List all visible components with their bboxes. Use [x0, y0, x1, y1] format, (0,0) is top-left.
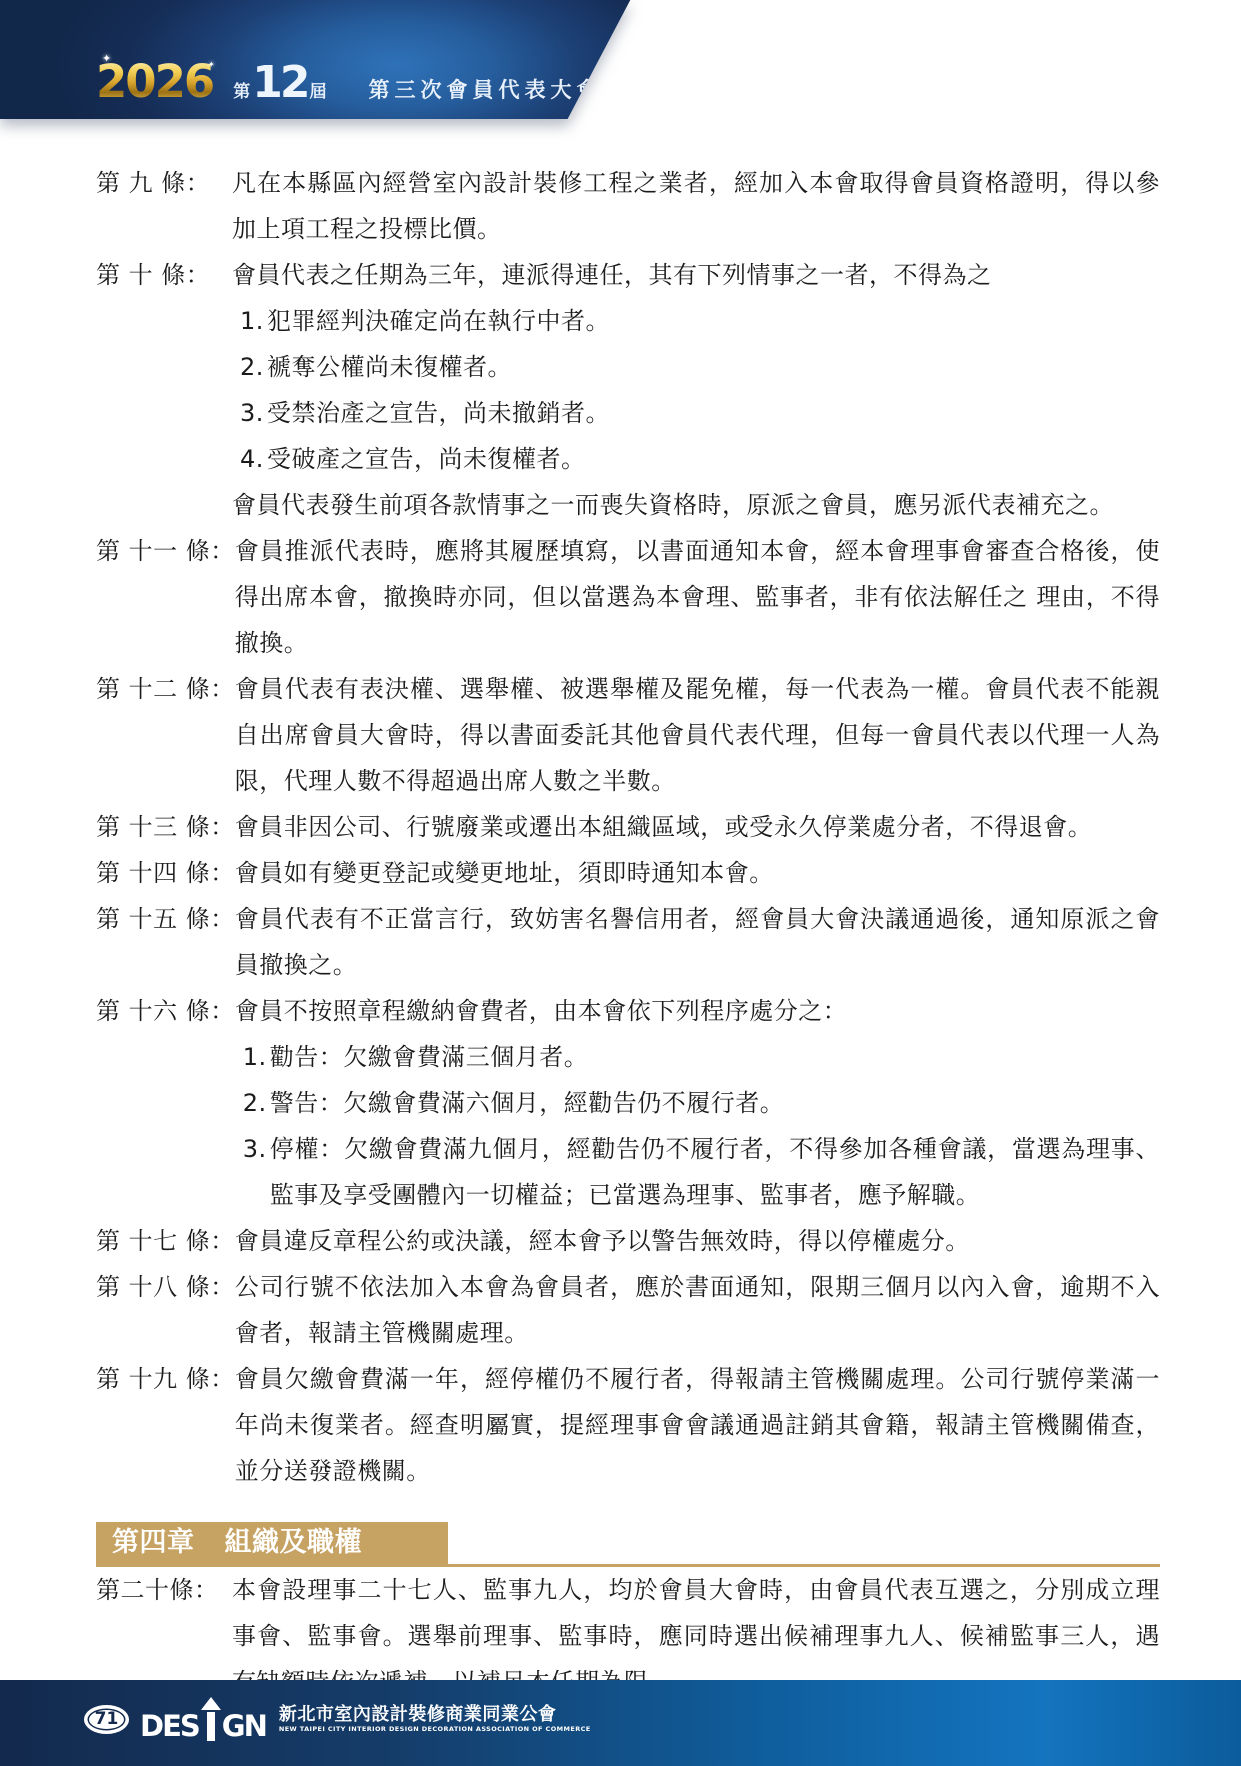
edition-suffix: 屆 [309, 84, 326, 101]
footer-bar: 71 DES GN 新北市室內設計裝修商業同業公會 NEW TAIPEI CIT… [0, 1680, 1241, 1766]
page-number-badge: 71 [84, 1705, 129, 1734]
article-label: 第 十一 條： [96, 528, 235, 666]
article-row: 第 十七 條： 會員違反章程公約或決議，經本會予以警告無效時，得以停權處分。 [96, 1218, 1160, 1264]
article-text: 會員推派代表時，應將其履歷填寫，以書面通知本會，經本會理事會審查合格後，使得出席… [235, 528, 1160, 666]
article-row: 第 十八 條： 公司行號不依法加入本會為會員者，應於書面通知，限期三個月以內入會… [96, 1264, 1160, 1356]
article-text: 會員非因公司、行號廢業或遷出本組織區域，或受永久停業處分者，不得退會。 [235, 804, 1160, 850]
list-item: 1. 犯罪經判決確定尚在執行中者。 [240, 298, 1160, 344]
article-row: 第 十 條： 會員代表之任期為三年，連派得連任，其有下列情事之一者，不得為之 1… [96, 252, 1160, 528]
article-label: 第 十 條： [96, 252, 232, 528]
article-text: 凡在本縣區內經營室內設計裝修工程之業者，經加入本會取得會員資格證明，得以參加上項… [232, 160, 1160, 252]
article-text: 會員不按照章程繳納會費者，由本會依下列程序處分之： [235, 988, 1160, 1034]
header-banner: 2026 ✦ ✦ 第 12 屆 第三次會員代表大會 [0, 0, 660, 121]
chapter-title-box: 第四章 組織及職權 [96, 1522, 448, 1564]
article-row: 第 十五 條： 會員代表有不正當言行，致妨害名譽信用者，經會員大會決議通過後，通… [96, 896, 1160, 988]
list-item: 3. 受禁治產之宣告，尚未撤銷者。 [240, 390, 1160, 436]
footer-content: 71 DES GN 新北市室內設計裝修商業同業公會 NEW TAIPEI CIT… [84, 1697, 591, 1741]
article-text: 會員代表之任期為三年，連派得連任，其有下列情事之一者，不得為之 [232, 252, 1160, 298]
article-row: 第 十四 條： 會員如有變更登記或變更地址，須即時通知本會。 [96, 850, 1160, 896]
logo-text-left: DES [140, 1712, 199, 1741]
org-name-en: NEW TAIPEI CITY INTERIOR DESIGN DECORATI… [279, 1725, 591, 1734]
article-row: 第 十二 條： 會員代表有表決權、選舉權、被選舉權及罷免權，每一代表為一權。會員… [96, 666, 1160, 804]
up-arrow-icon [201, 1697, 221, 1741]
document-body: 第 九 條： 凡在本縣區內經營室內設計裝修工程之業者，經加入本會取得會員資格證明… [96, 160, 1160, 1705]
article-label: 第 十四 條： [96, 850, 235, 896]
article-label: 第 十二 條： [96, 666, 235, 804]
edition-prefix: 第 [233, 84, 250, 101]
header-banner-content: 2026 ✦ ✦ 第 12 屆 第三次會員代表大會 [96, 59, 602, 105]
chapter-title: 組織及職權 [225, 1529, 363, 1556]
article-text: 會員如有變更登記或變更地址，須即時通知本會。 [235, 850, 1160, 896]
article-text: 會員代表有不正當言行，致妨害名譽信用者，經會員大會決議通過後，通知原派之會員撤換… [235, 896, 1160, 988]
list-item: 3. 停權：欠繳會費滿九個月，經勸告仍不履行者，不得參加各種會議，當選為理事、監… [243, 1126, 1160, 1218]
article-label: 第 十三 條： [96, 804, 235, 850]
chapter-heading: 第四章 組織及職權 [96, 1522, 1160, 1567]
list-item: 4. 受破產之宣告，尚未復權者。 [240, 436, 1160, 482]
list-item: 1. 勸告：欠繳會費滿三個月者。 [243, 1034, 1160, 1080]
article-text: 公司行號不依法加入本會為會員者，應於書面通知，限期三個月以內入會，逾期不入會者，… [235, 1264, 1160, 1356]
org-name-zh: 新北市室內設計裝修商業同業公會 [279, 1705, 591, 1725]
article-row: 第 十三 條： 會員非因公司、行號廢業或遷出本組織區域，或受永久停業處分者，不得… [96, 804, 1160, 850]
article-label: 第 十六 條： [96, 988, 235, 1218]
header-banner-shape: 2026 ✦ ✦ 第 12 屆 第三次會員代表大會 [0, 0, 660, 119]
article-text: 會員欠繳會費滿一年，經停權仍不履行者，得報請主管機關處理。公司行號停業滿一年尚未… [235, 1356, 1160, 1494]
article-row: 第 十九 條： 會員欠繳會費滿一年，經停權仍不履行者，得報請主管機關處理。公司行… [96, 1356, 1160, 1494]
article-row: 第 十六 條： 會員不按照章程繳納會費者，由本會依下列程序處分之： 1. 勸告：… [96, 988, 1160, 1218]
page-number: 71 [95, 1709, 119, 1729]
edition-number: 12 [252, 61, 307, 105]
meeting-title: 第三次會員代表大會 [368, 80, 602, 101]
association-logo: DES GN [140, 1697, 266, 1741]
article-label: 第 十九 條： [96, 1356, 235, 1494]
list-item: 2. 褫奪公權尚未復權者。 [240, 344, 1160, 390]
article-label: 第 十八 條： [96, 1264, 235, 1356]
article-text: 會員違反章程公約或決議，經本會予以警告無效時，得以停權處分。 [235, 1218, 1160, 1264]
article-row: 第 十一 條： 會員推派代表時，應將其履歷填寫，以書面通知本會，經本會理事會審查… [96, 528, 1160, 666]
article-note: 會員代表發生前項各款情事之一而喪失資格時，原派之會員，應另派代表補充之。 [232, 482, 1160, 528]
sparkle-icon: ✦ [208, 61, 215, 69]
logo-text-right: GN [222, 1712, 266, 1741]
article-label: 第 九 條： [96, 160, 232, 252]
sparkle-icon: ✦ [102, 53, 111, 64]
article-row: 第 九 條： 凡在本縣區內經營室內設計裝修工程之業者，經加入本會取得會員資格證明… [96, 160, 1160, 252]
article-label: 第 十七 條： [96, 1218, 235, 1264]
article-text: 會員代表有表決權、選舉權、被選舉權及罷免權，每一代表為一權。會員代表不能親自出席… [235, 666, 1160, 804]
article-label: 第 十五 條： [96, 896, 235, 988]
org-names: 新北市室內設計裝修商業同業公會 NEW TAIPEI CITY INTERIOR… [279, 1705, 591, 1734]
list-item: 2. 警告：欠繳會費滿六個月，經勸告仍不履行者。 [243, 1080, 1160, 1126]
banner-year: 2026 [96, 59, 213, 104]
chapter-label: 第四章 [112, 1529, 195, 1556]
